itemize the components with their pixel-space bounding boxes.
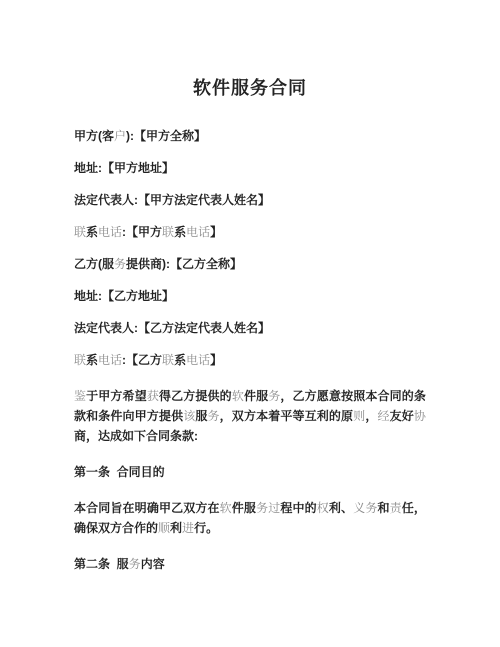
text-segment: 经 bbox=[377, 409, 389, 423]
text-segment: 权 bbox=[317, 501, 329, 515]
party-b-representative-line: 法定代表人:【乙方法定代表人姓名】 bbox=[74, 318, 426, 338]
text-segment: 电话 bbox=[186, 353, 210, 367]
party-a-representative-line: 法定代表人:【甲方法定代表人姓名】 bbox=[74, 190, 426, 210]
text-segment: 利 bbox=[170, 521, 182, 535]
text-segment: 系 bbox=[86, 225, 98, 239]
text-segment: 乙方(服 bbox=[74, 257, 114, 271]
text-segment: 友好 bbox=[390, 409, 414, 423]
text-segment: 顺 bbox=[158, 521, 170, 535]
article-1-heading: 第一条 合同目的 bbox=[74, 462, 426, 482]
text-segment: 和 bbox=[377, 501, 389, 515]
document-title: 软件服务合同 bbox=[74, 74, 426, 102]
text-segment: 户 bbox=[114, 129, 126, 143]
text-segment: 服 bbox=[195, 409, 207, 423]
text-segment: 软 bbox=[220, 501, 232, 515]
text-segment: 电话 bbox=[98, 225, 122, 239]
party-b-line: 乙方(服务提供商):【乙方全称】 bbox=[74, 254, 426, 274]
party-a-phone-line: 联系电话:【甲方联系电话】 bbox=[74, 222, 426, 242]
text-segment: 件服 bbox=[232, 501, 256, 515]
text-segment: 义务 bbox=[353, 501, 377, 515]
text-segment: 联 bbox=[74, 353, 86, 367]
text-segment: 系 bbox=[174, 225, 186, 239]
text-segment: 商，达成如下合同条款: bbox=[74, 429, 198, 443]
text-segment: 地址:【甲方地址】 bbox=[74, 161, 174, 175]
text-segment: 地址:【乙方地址】 bbox=[74, 289, 174, 303]
text-segment: 联 bbox=[162, 353, 174, 367]
text-segment: 责 bbox=[390, 501, 402, 515]
text-segment: 利、 bbox=[329, 501, 353, 515]
text-segment: 过 bbox=[268, 501, 280, 515]
text-segment: 件服 bbox=[244, 389, 268, 403]
party-a-line: 甲方(客户):【甲方全称】 bbox=[74, 126, 426, 146]
text-segment: 第一条 合同目的 bbox=[74, 465, 165, 479]
text-segment: 程中的 bbox=[280, 501, 316, 515]
article-2-heading: 第二条 服务内容 bbox=[74, 554, 426, 574]
article-1-body: 本合同旨在明确甲乙双方在软件服务过程中的权利、义务和责任，确保双方合作的顺利进行… bbox=[74, 498, 426, 538]
preamble-paragraph: 鉴于甲方希望获得乙方提供的软件服务，乙方愿意按照本合同的条款和条件向甲方提供该服… bbox=[74, 386, 426, 446]
contract-document-page: 软件服务合同 甲方(客户):【甲方全称】 地址:【甲方地址】 法定代表人:【甲方… bbox=[0, 0, 500, 647]
text-segment: :【乙方 bbox=[122, 353, 162, 367]
party-a-address-line: 地址:【甲方地址】 bbox=[74, 158, 426, 178]
text-segment: 第二条 服 bbox=[74, 557, 129, 571]
text-segment: 甲方(客 bbox=[74, 129, 114, 143]
party-b-address-line: 地址:【乙方地址】 bbox=[74, 286, 426, 306]
text-segment: ， bbox=[365, 409, 377, 423]
text-segment: 内容 bbox=[141, 557, 165, 571]
text-segment: 该 bbox=[183, 409, 195, 423]
text-segment: 电话 bbox=[98, 353, 122, 367]
text-segment: 务 bbox=[256, 501, 268, 515]
text-segment: ，双方本着平等互利的原 bbox=[220, 409, 354, 423]
text-segment: :【甲方 bbox=[122, 225, 162, 239]
text-segment: 】 bbox=[210, 225, 222, 239]
text-segment: 得乙方提供的 bbox=[159, 389, 232, 403]
text-segment: 务 bbox=[268, 389, 280, 403]
text-segment: 法定代表人:【乙方法定代表人姓名】 bbox=[74, 321, 270, 335]
text-segment: 务 bbox=[114, 257, 126, 271]
text-segment: 获 bbox=[147, 389, 159, 403]
text-segment: 于甲方希望 bbox=[86, 389, 147, 403]
text-segment: 系 bbox=[86, 353, 98, 367]
text-segment: 软 bbox=[232, 389, 244, 403]
text-segment: 务 bbox=[208, 409, 220, 423]
text-segment: 联 bbox=[74, 225, 86, 239]
text-segment: 则 bbox=[353, 409, 365, 423]
text-segment: 系 bbox=[174, 353, 186, 367]
text-segment: 本合同旨在明确甲乙双方在 bbox=[74, 501, 220, 515]
text-segment: 鉴 bbox=[74, 389, 86, 403]
text-segment: 协 bbox=[414, 409, 426, 423]
text-segment: 行。 bbox=[194, 521, 218, 535]
text-segment: 联 bbox=[162, 225, 174, 239]
text-segment: 进 bbox=[182, 521, 194, 535]
text-segment: 提供商):【乙方全称】 bbox=[126, 257, 242, 271]
text-segment: ):【甲方全称】 bbox=[126, 129, 206, 143]
text-segment: 电话 bbox=[186, 225, 210, 239]
text-segment: 法定代表人:【甲方法定代表人姓名】 bbox=[74, 193, 270, 207]
text-segment: 务 bbox=[129, 557, 141, 571]
text-segment: 】 bbox=[210, 353, 222, 367]
party-b-phone-line: 联系电话:【乙方联系电话】 bbox=[74, 350, 426, 370]
